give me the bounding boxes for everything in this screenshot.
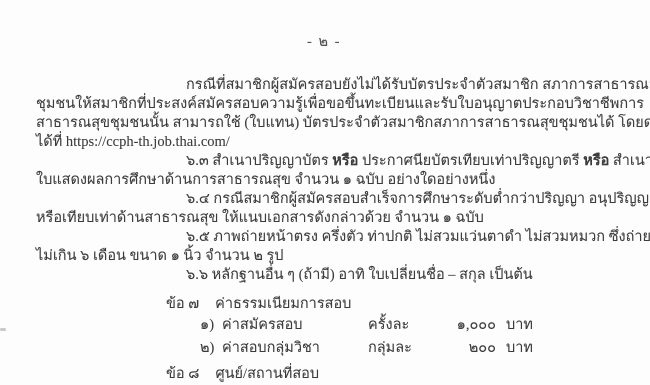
item-6-3-seg2: ประกาศนียบัตรเทียบเท่าปริญญาตรี bbox=[358, 153, 583, 169]
intro-line-3: สาธารณสุขชุมชนนั้น สามารถใช้ (ใบแทน) บัต… bbox=[36, 114, 612, 133]
item-6-4: ๖.๔ กรณีสมาชิกผู้สมัครสอบสำเร็จการศึกษาร… bbox=[36, 190, 612, 228]
item-6-5: ๖.๕ ภาพถ่ายหน้าตรง ครึ่งตัว ท่าปกติ ไม่ส… bbox=[36, 228, 612, 266]
item-6-6: ๖.๖ หลักฐานอื่น ๆ (ถ้ามี) อาทิ ใบเปลี่ยน… bbox=[36, 266, 612, 285]
section-7-title: ค่าธรรมเนียมการสอบ bbox=[215, 296, 351, 312]
item-6-4-line-2: หรือเทียบเท่าด้านสาธารณสุข ให้แนบเอกสารด… bbox=[36, 209, 612, 228]
fee-row-2: ๒) ค่าสอบกลุ่มวิชา กลุ่มละ ๒๐๐ บาท bbox=[200, 337, 612, 360]
fee-2-number: ๒) bbox=[200, 337, 222, 360]
section-8-label: ข้อ ๘ bbox=[166, 365, 199, 384]
intro-line-2: ชุมชนให้สมาชิกที่ประสงค์สมัครสอบความรู้เ… bbox=[36, 95, 612, 114]
fee-1-number: ๑) bbox=[200, 314, 222, 337]
scan-artifact bbox=[0, 328, 6, 331]
item-6-3-line-1: ๖.๓ สำเนาปริญญาบัตร หรือ ประกาศนียบัตรเท… bbox=[36, 152, 612, 171]
fee-2-item: ค่าสอบกลุ่มวิชา bbox=[222, 337, 368, 360]
item-6-5-line-1: ๖.๕ ภาพถ่ายหน้าตรง ครึ่งตัว ท่าปกติ ไม่ส… bbox=[36, 228, 612, 247]
section-7-heading: ข้อ ๗ค่าธรรมเนียมการสอบ bbox=[166, 295, 612, 314]
fee-1-amount: ๑,๐๐๐ bbox=[446, 314, 496, 337]
fee-1-unit: ครั้งละ bbox=[368, 314, 446, 337]
page-number: - ๒ - bbox=[36, 33, 612, 52]
item-6-3-bold2: หรือ bbox=[583, 153, 609, 169]
intro-paragraph: กรณีที่สมาชิกผู้สมัครสอบยังไม่ได้รับบัตร… bbox=[36, 76, 612, 152]
intro-line-4: ได้ที่ https://ccph-th.job.thai.com/ bbox=[36, 133, 612, 152]
item-6-3: ๖.๓ สำเนาปริญญาบัตร หรือ ประกาศนียบัตรเท… bbox=[36, 152, 612, 190]
download-prefix: ได้ที่ bbox=[36, 134, 66, 150]
scanned-document-page: - ๒ - กรณีที่สมาชิกผู้สมัครสอบยังไม่ได้ร… bbox=[0, 0, 650, 385]
fee-row-1: ๑) ค่าสมัครสอบ ครั้งละ ๑,๐๐๐ บาท bbox=[200, 314, 612, 337]
item-6-3-seg3: สำเนา bbox=[609, 153, 650, 169]
section-8-heading: ข้อ ๘ศูนย์/สถานที่สอบ bbox=[166, 365, 612, 384]
item-6-3-line-2: ใบแสดงผลการศึกษาด้านการสาธารณสุข จำนวน ๑… bbox=[36, 171, 612, 190]
fee-1-item: ค่าสมัครสอบ bbox=[222, 314, 368, 337]
intro-line-1: กรณีที่สมาชิกผู้สมัครสอบยังไม่ได้รับบัตร… bbox=[36, 76, 612, 95]
fee-2-unit: กลุ่มละ bbox=[368, 337, 446, 360]
item-6-3-bold1: หรือ bbox=[332, 153, 358, 169]
item-6-4-line-1: ๖.๔ กรณีสมาชิกผู้สมัครสอบสำเร็จการศึกษาร… bbox=[36, 190, 612, 209]
download-url: https://ccph-th.job.thai.com/ bbox=[66, 134, 230, 150]
item-6-5-line-2: ไม่เกิน ๖ เดือน ขนาด ๑ นิ้ว จำนวน ๒ รูป bbox=[36, 247, 612, 266]
section-7-label: ข้อ ๗ bbox=[166, 295, 199, 314]
item-6-3-seg1: ๖.๓ สำเนาปริญญาบัตร bbox=[186, 153, 332, 169]
section-8-title: ศูนย์/สถานที่สอบ bbox=[215, 366, 319, 382]
fee-2-currency: บาท bbox=[506, 337, 533, 360]
fee-1-currency: บาท bbox=[506, 314, 533, 337]
fee-2-amount: ๒๐๐ bbox=[446, 337, 496, 360]
